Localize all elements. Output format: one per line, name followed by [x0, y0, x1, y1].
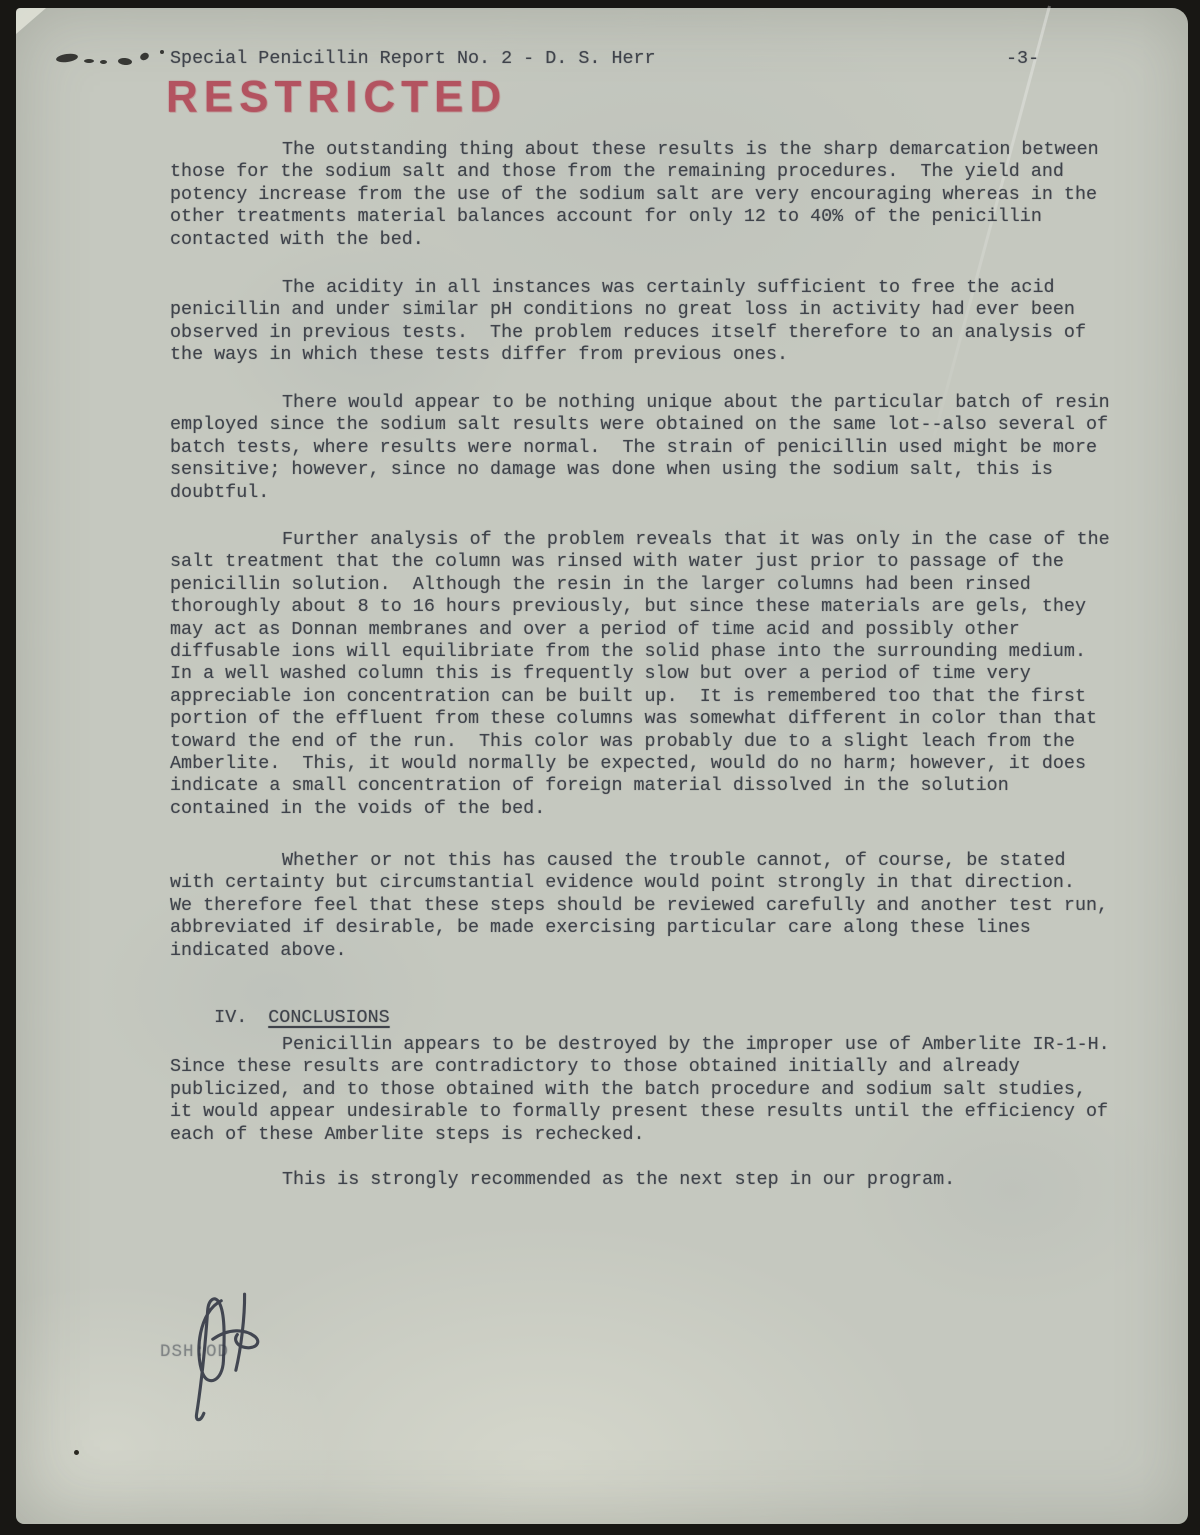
page-number: -3-: [1006, 48, 1086, 70]
paragraph: Further analysis of the problem reveals …: [170, 529, 1112, 820]
paragraph: The outstanding thing about these result…: [170, 139, 1112, 251]
paragraph: Whether or not this has caused the troub…: [170, 850, 1112, 962]
ink-smudge: [84, 59, 94, 63]
restricted-stamp: RESTRICTED: [166, 74, 507, 121]
ink-smudge: [100, 60, 107, 64]
signature-block: DSH:OD: [152, 1288, 312, 1428]
handwritten-signature: [165, 1283, 289, 1429]
paragraph: Penicillin appears to be destroyed by th…: [170, 1034, 1112, 1146]
paragraph: The acidity in all instances was certain…: [170, 277, 1112, 367]
section-title: CONCLUSIONS: [268, 1007, 389, 1028]
paper-speck: [74, 1450, 79, 1455]
paragraph: This is strongly recommended as the next…: [170, 1169, 1112, 1191]
document-page: Special Penicillin Report No. 2 - D. S. …: [0, 0, 1200, 1535]
section-number: IV.: [214, 1007, 247, 1028]
paragraph: There would appear to be nothing unique …: [170, 392, 1112, 504]
ink-smudge: [160, 50, 164, 54]
document-title: Special Penicillin Report No. 2 - D. S. …: [170, 48, 990, 70]
paper-dogear-corner: [16, 8, 46, 34]
